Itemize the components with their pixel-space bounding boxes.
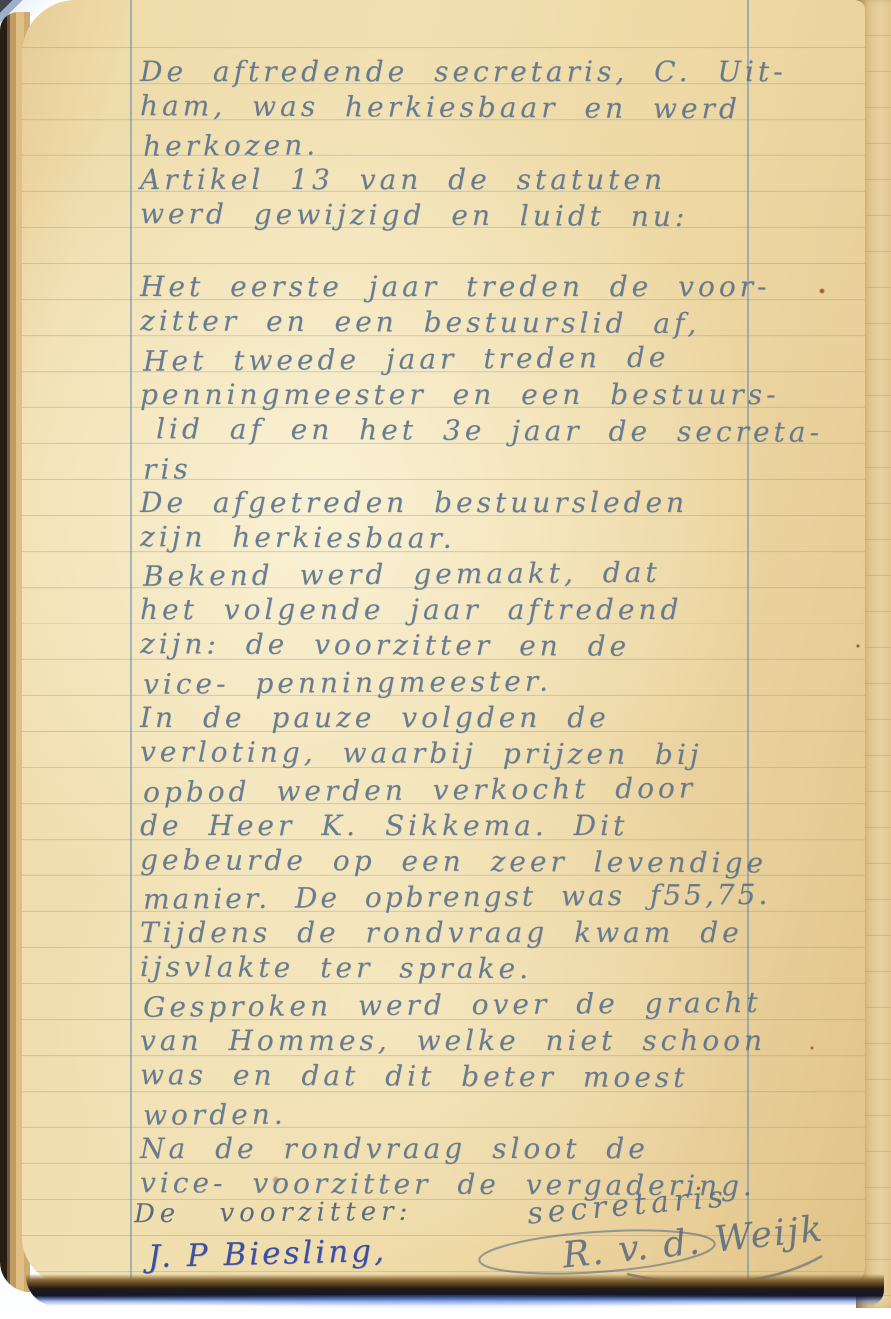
handwriting-line: De afgetreden bestuursleden — [140, 485, 850, 521]
handwriting-line: was en dat dit beter moest — [140, 1057, 850, 1097]
handwriting-line: Artikel 13 van de statuten — [140, 162, 850, 198]
handwriting-line: Tijdens de rondvraag kwam de — [140, 915, 850, 951]
handwriting-line: ham, was herkiesbaar en werd — [140, 88, 850, 128]
handwriting-line: In de pauze volgden de — [140, 700, 850, 736]
signature-chairman: J. P Biesling, — [148, 1233, 388, 1275]
handwriting-line: verloting, waarbij prijzen bij — [140, 734, 850, 774]
handwriting-line: zitter en een bestuurslid af, — [140, 303, 850, 343]
left-margin-line — [130, 0, 132, 1285]
handwriting-line — [143, 231, 853, 272]
handwriting-line: het volgende jaar aftredend — [140, 592, 850, 628]
notebook-page: De aftredende secretaris, C. Uit- ham, w… — [22, 0, 865, 1285]
handwriting-line: Het eerste jaar treden de voor- — [140, 269, 850, 305]
handwriting-line: lid af en het 3e jaar de secreta- — [140, 411, 850, 451]
handwriting-line: Bekend werd gemaakt, dat — [143, 554, 853, 595]
handwriting-line: vice- penningmeester. — [143, 661, 853, 702]
handwriting-line: opbod werden verkocht door — [143, 769, 853, 810]
handwriting-line: De aftredende secretaris, C. Uit- — [140, 54, 850, 90]
handwriting-line: Gesproken werd over de gracht — [143, 984, 853, 1025]
handwriting-line: ris — [143, 446, 853, 487]
handwriting-line: Het tweede jaar treden de — [143, 338, 853, 379]
handwriting-line: ijsvlakte ter sprake. — [140, 949, 850, 989]
handwriting-line: van Hommes, welke niet schoon — [140, 1023, 850, 1059]
handwritten-text-block: De aftredende secretaris, C. Uit- ham, w… — [140, 54, 850, 1203]
handwriting-line: zijn: de voorzitter en de — [140, 626, 850, 666]
handwriting-line: penningmeester en een bestuurs- — [140, 377, 850, 413]
handwriting-line: manier. De opbrengst was ƒ55,75. — [143, 877, 853, 918]
handwriting-line: zijn herkiesbaar. — [140, 519, 850, 559]
footer-role-chairman: De voorzitter: — [134, 1197, 413, 1229]
handwriting-line: worden. — [143, 1092, 853, 1133]
handwriting-line: werd gewijzigd en luidt nu: — [140, 196, 850, 236]
scanned-notebook-page: De aftredende secretaris, C. Uit- ham, w… — [0, 0, 891, 1319]
handwriting-line: Na de rondvraag sloot de — [140, 1131, 850, 1167]
handwriting-line: de Heer K. Sikkema. Dit — [140, 808, 850, 844]
handwriting-line: herkozen. — [143, 123, 853, 164]
handwriting-line: gebeurde op een zeer levendige — [140, 842, 850, 882]
scan-bottom-glow — [6, 1295, 891, 1315]
